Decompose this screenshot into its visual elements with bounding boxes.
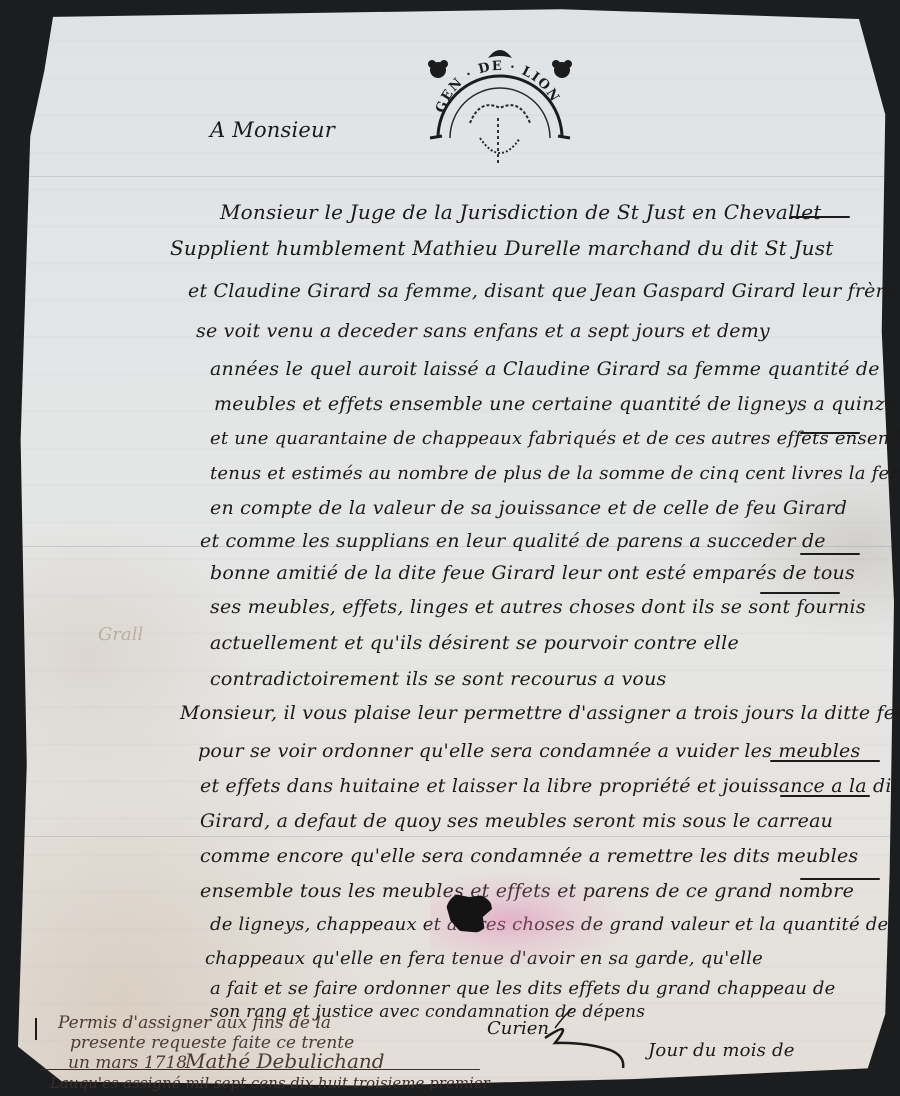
svg-text:Curien: Curien bbox=[487, 1018, 549, 1039]
line-flourish bbox=[780, 795, 870, 797]
body-line: ses meubles, effets, linges et autres ch… bbox=[210, 596, 866, 618]
line-flourish bbox=[800, 432, 860, 434]
body-line: Supplient humblement Mathieu Durelle mar… bbox=[170, 236, 833, 260]
annotation-bracket bbox=[35, 1018, 41, 1040]
body-line: pour se voir ordonner qu'elle sera conda… bbox=[198, 740, 860, 762]
line-flourish bbox=[770, 760, 880, 762]
body-line: Monsieur, il vous plaise leur permettre … bbox=[180, 702, 900, 724]
signature: Curien bbox=[485, 1008, 645, 1068]
body-line: et effets dans huitaine et laisser la li… bbox=[200, 775, 900, 797]
fold-line bbox=[18, 836, 894, 837]
annotation-underline bbox=[40, 1069, 480, 1070]
body-line: contradictoirement ils se sont recourus … bbox=[210, 668, 666, 690]
footer-right-text: Jour du mois de bbox=[648, 1040, 795, 1061]
body-line: années le quel auroit laissé a Claudine … bbox=[210, 358, 880, 380]
annotation-line: Permis d'assigner aux fins de la bbox=[58, 1012, 331, 1034]
body-line: en compte de la valeur de sa jouissance … bbox=[210, 497, 847, 519]
line-flourish bbox=[760, 592, 840, 594]
faint-margin-mark: Grall bbox=[98, 624, 143, 645]
line-flourish bbox=[790, 216, 850, 218]
address-line: Monsieur le Juge de la Jurisdiction de S… bbox=[220, 200, 822, 224]
body-line: Girard, a defaut de quoy ses meubles ser… bbox=[200, 810, 833, 832]
line-flourish bbox=[800, 553, 860, 555]
body-line: meubles et effets ensemble une certaine … bbox=[214, 393, 896, 415]
body-line: et une quarantaine de chappeaux fabriqué… bbox=[210, 428, 900, 449]
gen-de-lion-stamp: GEN · DE · LION bbox=[420, 38, 580, 178]
body-line: bonne amitié de la dite feue Girard leur… bbox=[210, 562, 855, 584]
stamp-crest-icon: GEN · DE · LION bbox=[420, 38, 580, 178]
body-line: actuellement et qu'ils désirent se pourv… bbox=[210, 632, 739, 654]
body-line: tenus et estimés au nombre de plus de la… bbox=[210, 463, 900, 484]
body-line: se voit venu a deceder sans enfans et a … bbox=[196, 320, 770, 342]
body-line: et Claudine Girard sa femme, disant que … bbox=[188, 280, 896, 302]
annotation-footer: Lauqu'es assigné mil sept cens dix huit … bbox=[50, 1072, 490, 1094]
salutation: A Monsieur bbox=[210, 118, 335, 142]
signature-flourish-icon: Curien bbox=[485, 1008, 645, 1068]
body-line: a fait et se faire ordonner que les dits… bbox=[210, 978, 835, 999]
annotation-line: un mars 1718 bbox=[68, 1052, 187, 1074]
line-flourish bbox=[800, 878, 880, 880]
body-line: comme encore qu'elle sera condamnée a re… bbox=[200, 845, 858, 867]
body-line: et comme les supplians en leur qualité d… bbox=[200, 530, 826, 552]
